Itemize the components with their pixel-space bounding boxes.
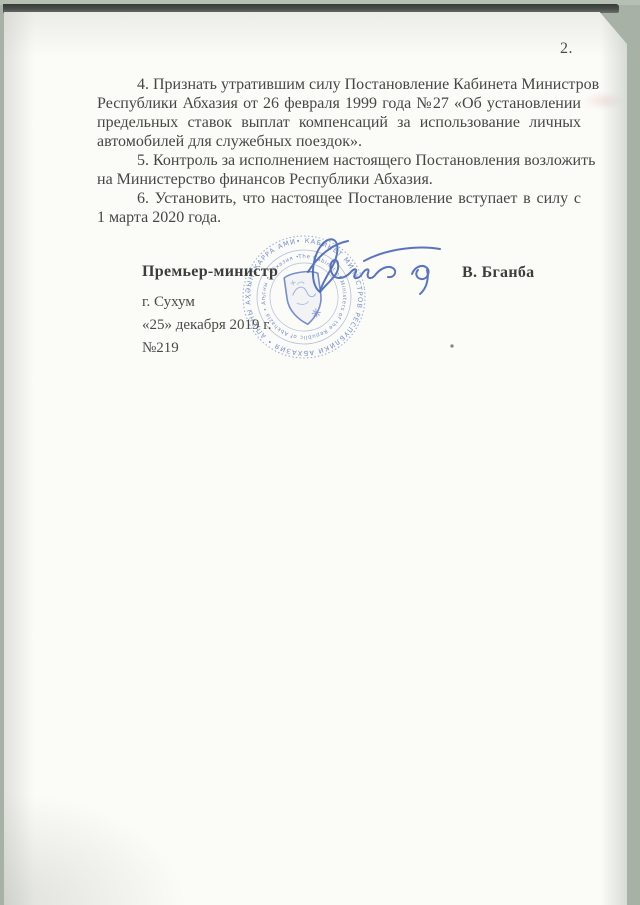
text-line: 5. Контроль за исполнением настоящего По… [97, 151, 581, 170]
scan-speck-artifact [450, 344, 454, 348]
signoff-signer-name: В. Бганба [462, 264, 534, 282]
signoff-city: г. Сухум [142, 294, 195, 311]
text-line: 4. Признать утратившим силу Постановлени… [97, 75, 581, 94]
page-number: 2. [560, 40, 573, 58]
text-line: 6. Установить, что настоящее Постановлен… [97, 189, 581, 208]
signoff-doc-number: №219 [142, 340, 179, 357]
scanner-shadow-band [3, 4, 619, 13]
signoff-title: Премьер-министр [142, 263, 278, 281]
signoff-date: «25» декабря 2019 г. [142, 317, 272, 334]
text-line: Республики Абхазия от 26 февраля 1999 го… [97, 94, 581, 113]
scan-smudge-artifact [584, 92, 624, 110]
text-line: автомобилей для служебных поездок». [97, 132, 581, 151]
text-line: на Министерство финансов Республики Абха… [97, 170, 581, 189]
signature-handwritten [294, 234, 462, 300]
text-line: предельных ставок выплат компенсаций за … [97, 113, 581, 132]
scanned-document: 2. 4. Признать утратившим силу Постановл… [0, 0, 640, 905]
text-line: 1 марта 2020 года. [97, 208, 581, 227]
body-paragraphs: 4. Признать утратившим силу Постановлени… [97, 75, 581, 227]
